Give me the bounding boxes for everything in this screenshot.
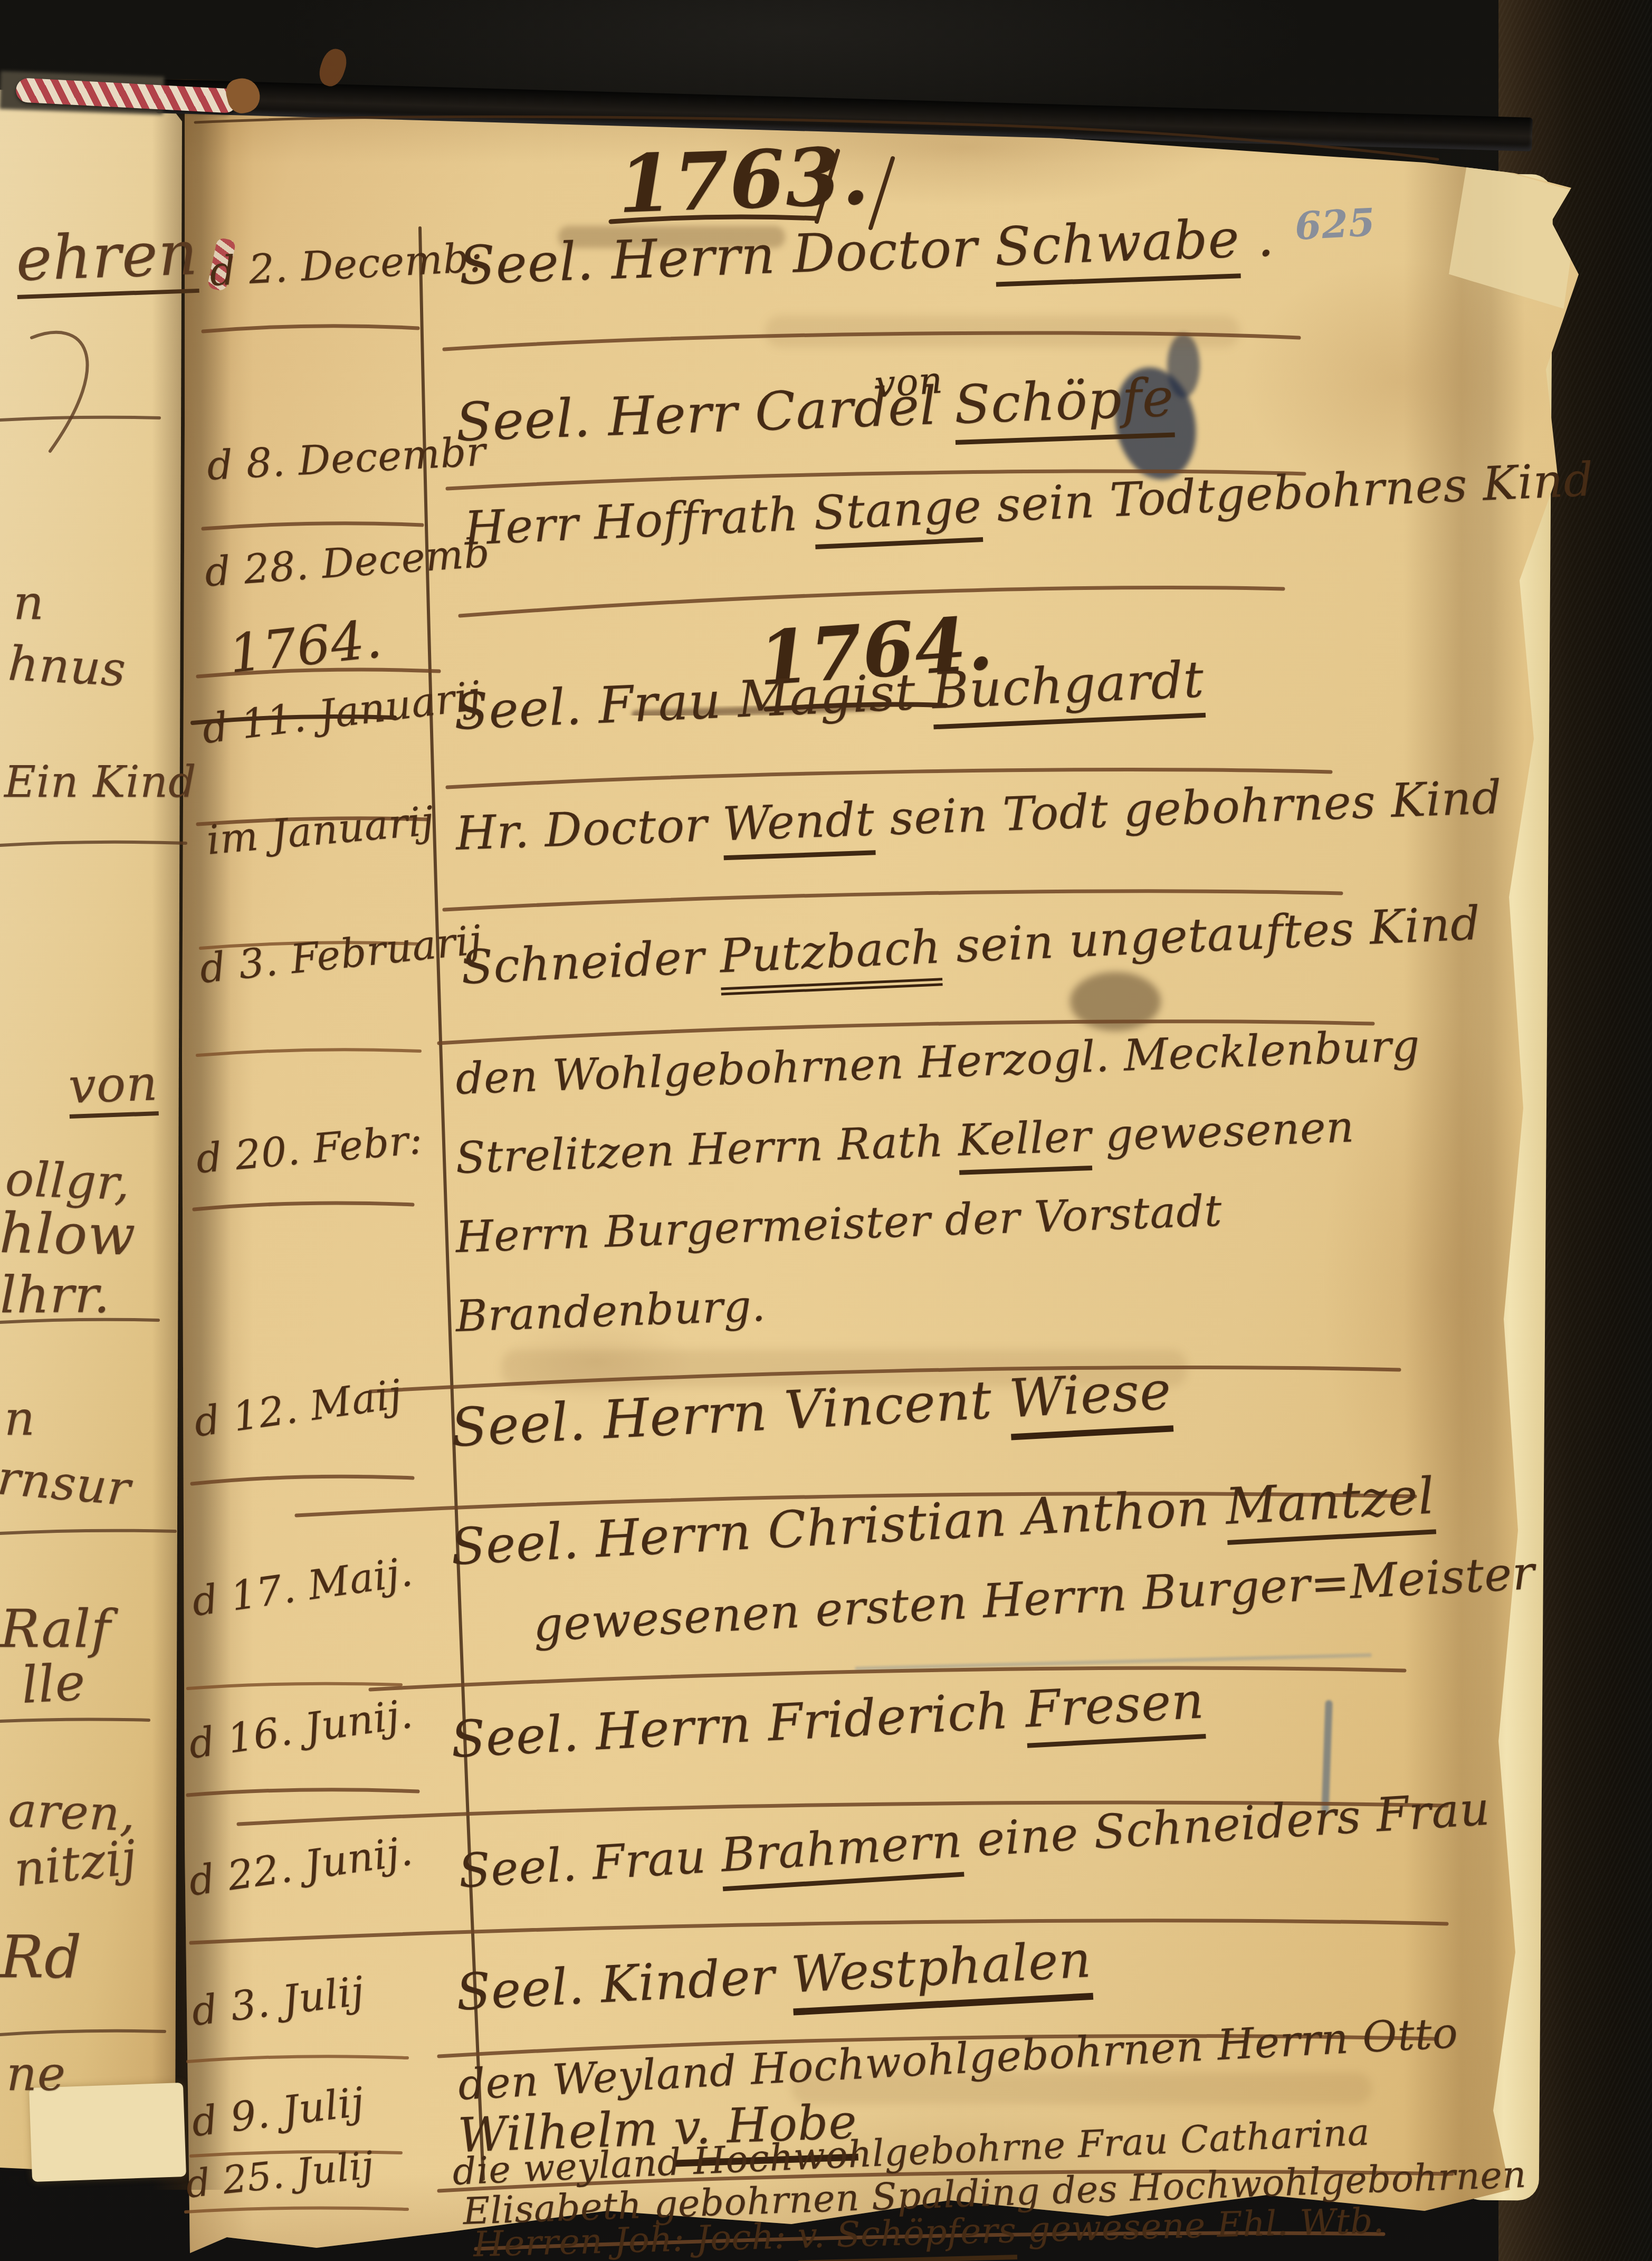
entry-text: Herren Joh: Joch: — [473, 2216, 798, 2261]
previous-page-text-fragment: n — [13, 575, 44, 631]
entry-text-line: Seel. Herrn Vincent Wiese — [450, 1359, 1173, 1458]
entry-date: im Januarij — [205, 797, 436, 863]
entry-text: Brandenburg. — [455, 1281, 767, 1341]
entry-text-line: Seel. Herr Cardel Schöpfe — [455, 366, 1175, 453]
entry-text: sein Todt gebohrnes Kind — [874, 770, 1503, 846]
entry-text: gewesenen — [1091, 1102, 1355, 1161]
entry-text-line: den Wohlgebohrnen Herzogl. Mecklenburg — [455, 1020, 1421, 1104]
underlined-surname: Schöpfe — [953, 366, 1176, 444]
previous-page-text-fragment: lhrr. — [0, 1265, 110, 1324]
entry-text-line: Herr Hoffrath Stange sein Todtgebohrnes … — [463, 452, 1595, 556]
entry-text: Seel. Frau — [457, 1828, 723, 1899]
entry-date: d 3. Julij — [189, 1967, 367, 2035]
previous-page-text-fragment: ne — [6, 2046, 66, 2102]
underlined-surname: Stange — [813, 479, 983, 549]
underlined-surname: Brahmern — [720, 1814, 965, 1892]
previous-page-text-fragment: lle — [20, 1653, 87, 1715]
entry-text: sein ungetauftes Kind — [940, 896, 1482, 974]
entry-text: Seel. Herrn Friderich — [450, 1681, 1027, 1769]
underlined-surname: Mantzel — [1224, 1467, 1437, 1545]
entry-text: Seel. Frau Magist — [453, 662, 933, 741]
year-label-1764-date-column: 1764. — [226, 608, 385, 685]
entry-date: d 8. Decembr — [206, 427, 487, 489]
entry-date: d 16. Junij. — [186, 1690, 416, 1768]
page-number: 625 — [1294, 199, 1377, 249]
entry-text: eine Schneiders Frau — [960, 1781, 1492, 1867]
entry-text-line: Seel. Frau Brahmern eine Schneiders Frau — [457, 1781, 1492, 1898]
entry-text: . — [1238, 206, 1275, 269]
underlined-surname: Westphalen — [790, 1931, 1093, 2016]
underlined-surname: Putzbach — [719, 919, 943, 995]
previous-page-text-fragment: n — [4, 1391, 35, 1446]
previous-page-text-fragment: Ralf — [0, 1598, 111, 1659]
entry-date: d 12. Maij — [191, 1370, 405, 1446]
underlined-surname: Schwabe — [994, 207, 1241, 287]
entry-text-line: Schneider Putzbach sein ungetauftes Kind — [460, 896, 1482, 995]
entry-date: d 9. Julij — [189, 2078, 367, 2145]
year-heading-1763: 1763. — [616, 129, 871, 231]
underlined-surname: v. Schöpfers — [797, 2210, 1017, 2261]
entry-text: Seel. Herrn Doctor — [458, 216, 996, 297]
previous-page-text-fragment: ehren — [15, 218, 199, 299]
previous-page-text-fragment: hnus — [7, 636, 128, 698]
entry-text: Herrn Burgermeister der Vorstadt — [455, 1186, 1223, 1263]
entry-text: Seel. Herr Cardel — [455, 374, 956, 453]
photographed-book-spread: { "page": { "page_number": "625", "year_… — [0, 0, 1652, 2261]
underlined-surname: Fresen — [1024, 1672, 1206, 1748]
entry-text-line: Herrn Burgermeister der Vorstadt — [455, 1186, 1223, 1263]
entry-date: d 20. Febr: — [194, 1115, 424, 1182]
entry-text: sein Todtgebohrnes Kind — [980, 452, 1594, 533]
entry-text: Schneider — [460, 929, 721, 995]
manuscript-text-layer: 1763. 1764. 1764. 625 d 2. Decemb:Seel. … — [0, 0, 1652, 2261]
previous-page-text-fragment: Ein Kind — [4, 757, 196, 807]
previous-page-text-fragment: nitzij — [12, 1830, 139, 1898]
entry-text: den Weyland Hochwohlgebohrnen Herrn Otto — [457, 2008, 1459, 2110]
entry-text-line: Hr. Doctor Wendt sein Todt gebohrnes Kin… — [455, 770, 1503, 861]
entry-text: Hr. Doctor — [455, 797, 723, 861]
entry-date: d 28. Decemb — [203, 529, 491, 596]
entry-text: Strelitzen Herrn Rath — [455, 1116, 959, 1184]
entry-date: d 25. Julij — [184, 2143, 376, 2207]
entry-date: d 2. Decemb: — [208, 234, 484, 295]
underlined-surname: Buchgardt — [931, 651, 1206, 729]
entry-text: Herr Hoffrath — [463, 486, 815, 556]
underlined-surname: Wendt — [722, 791, 876, 860]
entry-text-line: Seel. Kinder Westphalen — [455, 1931, 1093, 2022]
underlined-surname: Wiese — [1008, 1359, 1173, 1440]
entry-text: Seel. Herrn Vincent — [450, 1368, 1011, 1459]
entry-text: Seel. Herrn Christian Anthon — [450, 1478, 1227, 1577]
entry-text: Seel. Kinder — [455, 1947, 793, 2022]
underlined-surname: Keller — [957, 1111, 1092, 1175]
entry-date: d 22. Junij. — [186, 1827, 416, 1905]
entry-text: den Wohlgebohrnen Herzogl. Mecklenburg — [455, 1020, 1421, 1104]
previous-page-text-fragment: rnsur — [0, 1450, 133, 1517]
previous-page-text-fragment: von — [68, 1055, 159, 1119]
entry-text-line: Seel. Herrn Friderich Fresen — [450, 1672, 1206, 1769]
previous-page-text-fragment: Rd — [0, 1923, 82, 1991]
entry-text-line: den Weyland Hochwohlgebohrnen Herrn Otto — [457, 2008, 1459, 2110]
entry-text-line: Strelitzen Herrn Rath Keller gewesenen — [455, 1102, 1355, 1184]
entry-text-line: Brandenburg. — [455, 1281, 767, 1341]
previous-page-text-fragment: hlow — [0, 1201, 136, 1267]
entry-date: d 17. Maij. — [189, 1548, 416, 1625]
entry-date: d 3. Februarij — [197, 916, 484, 993]
